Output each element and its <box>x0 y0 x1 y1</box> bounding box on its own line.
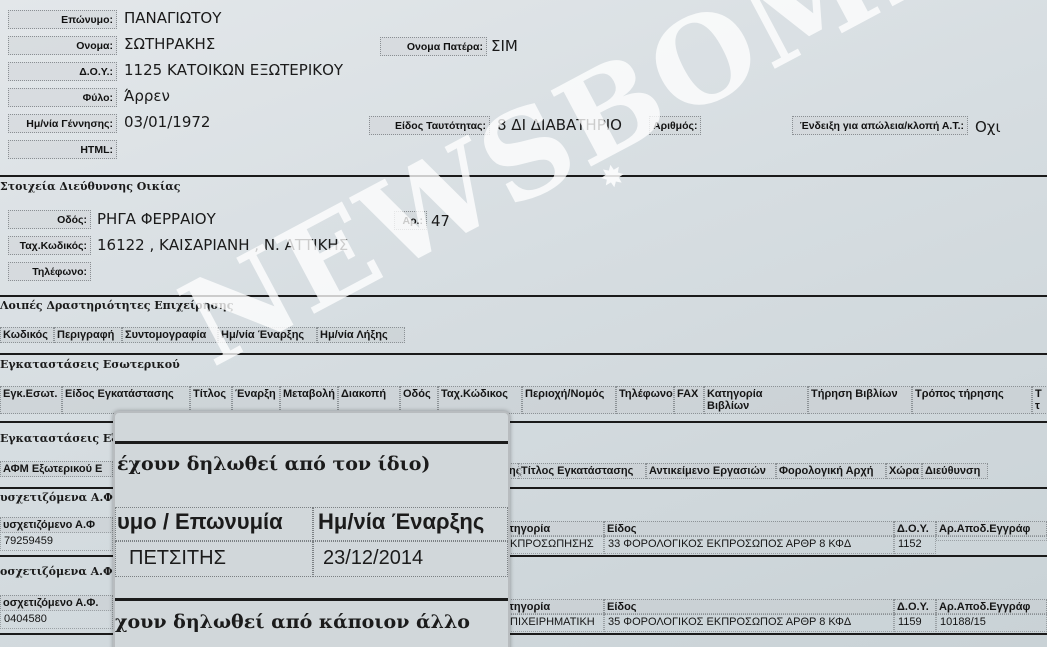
magnifier-date-value: 23/12/2014 <box>323 547 423 570</box>
magnifier-col-date: Ημ/νία Έναρξης <box>318 509 484 535</box>
lost-id-value: Οχι <box>975 118 1001 136</box>
magnifier-overlay: έχουν δηλωθεί από τον ίδιο) υμο / Επωνυμ… <box>113 411 510 647</box>
foreign-section-title: Εγκαταστάσεις Εξ <box>0 432 118 445</box>
domestic-col-region: Περιοχή/Νομός <box>522 386 616 414</box>
doy-value: 1125 ΚΑΤΟΙΚΩΝ ΕΞΩΤΕΡΙΚΟΥ <box>124 61 343 79</box>
magnifier-heading-self: έχουν δηλωθεί από τον ίδιο) <box>117 453 430 475</box>
domestic-col-start: Έναρξη <box>232 386 280 414</box>
foreign-col-address: Διεύθυνση <box>922 463 988 479</box>
id-type-label: Είδος Ταυτότητας: <box>369 116 490 135</box>
name-label: Ονομα: <box>8 36 117 55</box>
father-name-label: Ονομα Πατέρα: <box>380 37 487 56</box>
surname-label: Επώνυμο: <box>8 10 117 29</box>
magnifier-divider <box>115 441 508 444</box>
domestic-col-book-category: Κατηγορία Βιβλίων <box>704 386 808 414</box>
id-number-label: Αριθμός: <box>649 116 701 135</box>
street-label: Οδός: <box>8 210 91 229</box>
domestic-col-fax: FAX <box>674 386 704 414</box>
birth-date-value: 03/01/1972 <box>124 113 210 131</box>
divider <box>0 175 1047 177</box>
phone-label: Τηλέφωνο: <box>8 262 91 281</box>
foreign-col-tax-authority: Φορολογική Αρχή <box>776 463 886 479</box>
related2-cell-doc: 10188/15 <box>936 613 1047 632</box>
domestic-col-change: Μεταβολή <box>280 386 338 414</box>
bomb-icon: ✸ <box>597 158 628 197</box>
domestic-col-truncated: Τ τ <box>1032 386 1047 414</box>
related1-cell-doy: 1152 <box>894 535 936 554</box>
related2-cell-vat: 0404580 <box>0 610 113 629</box>
divider <box>0 353 1047 355</box>
domestic-col-title: Τίτλος <box>190 386 232 414</box>
related2-cell-doy: 1159 <box>894 613 936 632</box>
domestic-col-keeping-method: Τρόπος τήρησης <box>912 386 1032 414</box>
zip-value: 16122 , ΚΑΙΣΑΡΙΑΝΗ , Ν. ΑΤΤΙΚΗΣ <box>97 236 348 254</box>
magnifier-divider <box>115 598 508 601</box>
related1-cell-category: ΚΠΡΟΣΩΠΗΣΗΣ <box>506 535 604 554</box>
foreign-col-object: Αντικείμενο Εργασιών <box>646 463 776 479</box>
birth-date-label: Ημ/νία Γέννησης: <box>8 114 117 133</box>
sex-label: Φύλο: <box>8 88 117 107</box>
magnifier-heading-other: χουν δηλωθεί από κάποιον άλλο <box>115 611 470 633</box>
id-type-value: 8 ΔΙ ΔΙΑΒΑΤΗΡΙΟ <box>497 116 622 134</box>
foreign-col-title: Τίτλος Εγκατάστασης <box>518 463 646 479</box>
domestic-col-street: Οδός <box>400 386 438 414</box>
street-number-label: Αρ.: <box>394 211 427 230</box>
divider <box>0 295 1047 297</box>
html-label: HTML: <box>8 140 117 159</box>
activities-col-code: Κωδικός <box>0 327 54 343</box>
domestic-col-zip: Ταχ.Κώδικος <box>438 386 522 414</box>
domestic-col-stop: Διακοπή <box>338 386 400 414</box>
related2-cell-type: 35 ΦΟΡΟΛΟΓΙΚΟΣ ΕΚΠΡΟΣΩΠΟΣ ΑΡΘΡ 8 ΚΦΔ <box>604 613 894 632</box>
surname-value: ΠΑΝΑΓΙΩΤΟΥ <box>124 9 221 27</box>
domestic-col-phone: Τηλέφωνο <box>616 386 674 414</box>
domestic-col-type: Είδος Εγκατάστασης <box>62 386 190 414</box>
magnifier-name-value: ΠΕΤΣΙΤΗΣ <box>129 547 226 570</box>
activities-col-end-date: Ημ/νία Λήξης <box>317 327 405 343</box>
lost-id-label: Ένδειξη για απώλεια/κλοπή Α.Τ.: <box>792 116 968 135</box>
activities-col-start-date: Ημ/νία Έναρξης <box>218 327 317 343</box>
domestic-section-title: Εγκαταστάσεις Εσωτερικού <box>0 358 180 371</box>
related1-cell-type: 33 ΦΟΡΟΛΟΓΙΚΟΣ ΕΚΠΡΟΣΩΠΟΣ ΑΡΘΡ 8 ΚΦΔ <box>604 535 894 554</box>
foreign-col-vat: ΑΦΜ Εξωτερικού Ε <box>0 461 113 477</box>
magnifier-col-name: υμο / Επωνυμία <box>117 509 283 535</box>
domestic-col-id: Εγκ.Εσωτ. <box>0 386 62 414</box>
activities-section-title: Λοιπές Δραστηριότητες Επιχείρησης <box>0 299 233 312</box>
street-number-value: 47 <box>431 212 450 230</box>
related1-cell-vat: 79259459 <box>0 532 113 551</box>
activities-col-description: Περιγραφή <box>54 327 122 343</box>
related2-section-title: οσχετιζόμενα Α.Φ. <box>0 565 116 578</box>
street-value: ΡΗΓΑ ΦΕΡΡΑΙΟΥ <box>97 210 216 228</box>
name-value: ΣΩΤΗΡΑΚΗΣ <box>124 35 215 53</box>
related1-col-vat: υσχετιζόμενο Α.Φ <box>0 517 113 533</box>
related2-cell-category: ΠΙΧΕΙΡΗΜΑΤΙΚΗ <box>506 613 604 632</box>
sex-value: Άρρεν <box>124 87 170 105</box>
zip-label: Ταχ.Κωδικός: <box>8 236 91 255</box>
related1-section-title: υσχετιζόμενα Α.Φ <box>0 491 113 504</box>
activities-col-abbreviation: Συντομογραφία <box>122 327 218 343</box>
father-name-value: ΣΙΜ <box>491 37 518 55</box>
foreign-col-country: Χώρα <box>886 463 922 479</box>
doy-label: Δ.Ο.Υ.: <box>8 62 117 81</box>
related1-cell-doc <box>936 535 1047 541</box>
address-section-title: Στοιχεία Διεύθυνσης Οικίας <box>0 180 180 193</box>
related2-col-vat: οσχετιζόμενο Α.Φ. <box>0 595 113 611</box>
domestic-col-book-keeping: Τήρηση Βιβλίων <box>808 386 912 414</box>
